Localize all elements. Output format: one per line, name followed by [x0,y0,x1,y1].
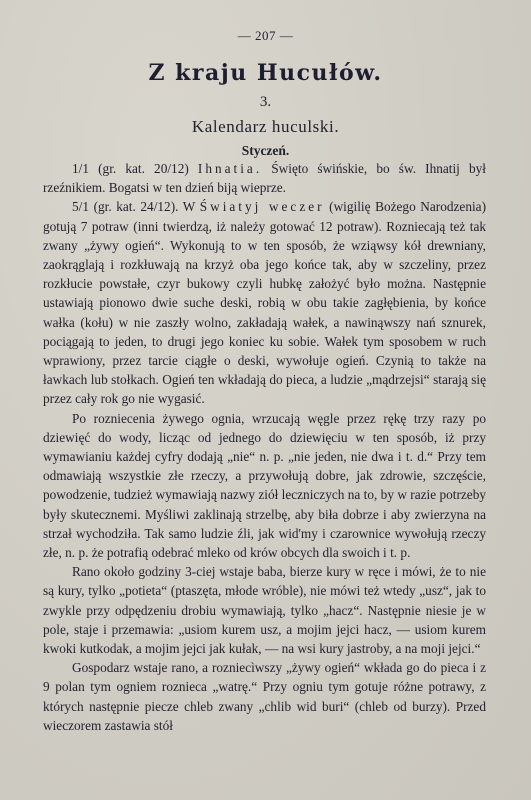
paragraph: Gospodarz wstaje rano, a rozniecìwszy „ż… [43,658,486,735]
body-text: 1/1 (gr. kat. 20/12) Ihnatia. Święto świ… [43,159,486,735]
page-number: — 207 — [0,28,531,44]
paragraph: 5/1 (gr. kat. 24/12). W Światyj weczer (… [43,197,486,408]
spaced-term: Ihnatia. [198,161,262,176]
paragraph-text: Gospodarz wstaje rano, a rozniecìwszy „ż… [43,660,486,733]
article-subtitle: Kalendarz huculski. [0,117,531,137]
paragraph-text: Po rozniecenia żywego ognia, wrzucają wę… [43,411,486,560]
paragraph: Rano około godziny 3-ciej wstaje baba, b… [43,562,486,658]
article-title: Z kraju Hucułów. [0,60,531,86]
section-number: 3. [0,94,531,111]
paragraph-text: Rano około godziny 3-ciej wstaje baba, b… [43,564,486,656]
paragraph: Po rozniecenia żywego ognia, wrzucają wę… [43,409,486,563]
month-heading: Styczeń. [0,143,531,159]
paragraph-text: 1/1 (gr. kat. 20/12) [72,161,198,176]
paragraph-text: (wigilię Bożego Narodzenia) gotują 7 pot… [43,199,486,406]
paragraph: 1/1 (gr. kat. 20/12) Ihnatia. Święto świ… [43,159,486,197]
paragraph-text: 5/1 (gr. kat. 24/12). W [72,199,200,214]
spaced-term: Światyj weczer [200,199,325,214]
